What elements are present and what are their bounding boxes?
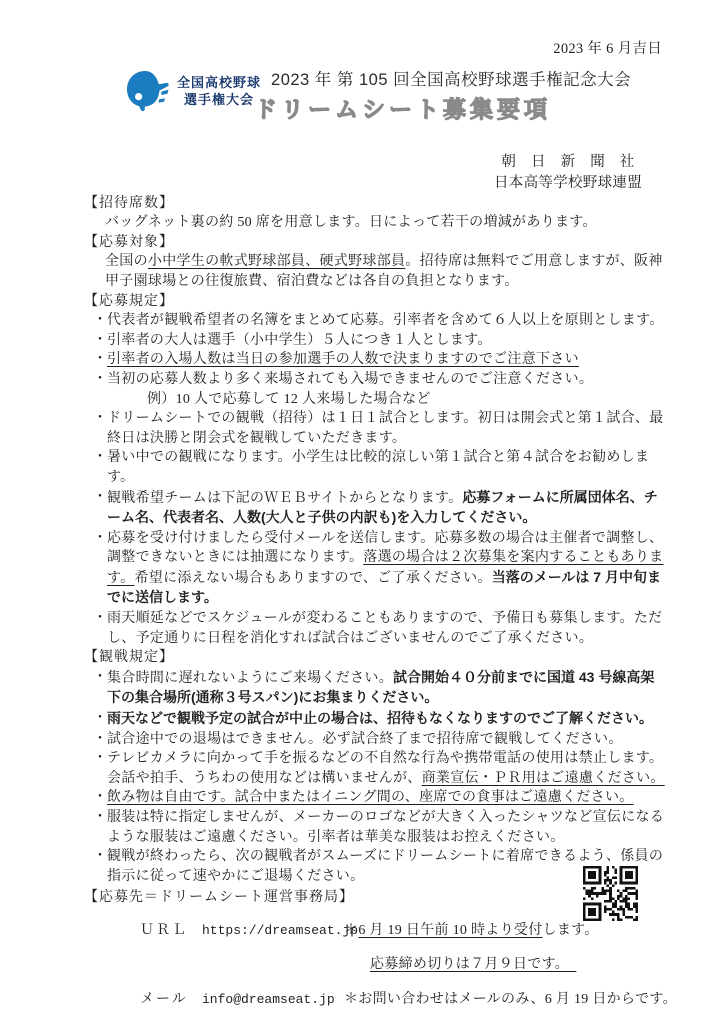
rule-item: テレビカメラに向かって手を振るなどの不自然な行為や携帯電話の使用は禁止します。会… bbox=[84, 749, 666, 788]
section-seats: 【招待席数】 バッグネット裏の約 50 席を用意します。日によって若干の増減があ… bbox=[84, 194, 666, 233]
document-subtitle: ドリームシート募集要項 bbox=[254, 94, 631, 124]
text-segment: 代表者が観戦希望者の名簿をまとめて応募。引率者を含めて６人以上を原則とします。 bbox=[107, 313, 664, 328]
organizer-asahi: 朝 日 新 聞 社 bbox=[494, 152, 642, 173]
section-target: 【応募対象】 全国の小中学生の軟式野球部員、硬式野球部員。招待席は無料でご用意し… bbox=[84, 233, 666, 292]
section-heading-viewing-rules: 【観戦規定】 bbox=[84, 648, 666, 668]
target-body: 全国の小中学生の軟式野球部員、硬式野球部員。招待席は無料でご用意しますが、阪神甲… bbox=[105, 252, 666, 291]
document-date: 2023 年 6 月吉日 bbox=[84, 40, 662, 60]
text-segment: 雨天順延などでスケジュールが変わることもありますので、予備日も募集します。ただし… bbox=[107, 611, 662, 646]
text-segment: 引率者の大人は選手（小中学生）５人につき１人とします。 bbox=[107, 333, 492, 348]
underlined-text-segment: 引率者の入場人数は当日の参加選手の人数で決まりますのでご注意下さい bbox=[107, 352, 579, 367]
rule-item: 観戦が終わったら、次の観戦者がスムーズにドリームシートに着席できるよう、係員の指… bbox=[84, 847, 666, 886]
seats-body: バッグネット裏の約 50 席を用意します。日によって若干の増減があります。 bbox=[105, 213, 666, 233]
text-segment: 当初の応募人数より多く来場されても入場できませんのでご注意ください。 bbox=[107, 372, 593, 387]
title-block: 2023 年 第 105 回全国高校野球選手権記念大会 ドリームシート募集要項 bbox=[271, 68, 631, 124]
text-segment: します。 bbox=[543, 923, 599, 938]
url-label: ＵＲＬ bbox=[140, 921, 202, 941]
url-note: ＊6 月 19 日午前 10 時より受付します。 bbox=[344, 921, 599, 941]
mail-note: ＊お問い合わせはメールのみ、6 月 19 日からです。 bbox=[344, 990, 677, 1010]
text-segment: 集合時間に遅れないようにご来場ください。 bbox=[107, 671, 393, 686]
section-heading-application-rules: 【応募規定】 bbox=[84, 292, 666, 312]
contact-mail-row: メール info@dreamseat.jp ＊お問い合わせはメールのみ、6 月 … bbox=[140, 990, 666, 1010]
organizer-jhbf: 日本高等学校野球連盟 bbox=[494, 173, 642, 194]
rule-item: 試合途中での退場はできません。必ず試合終了まで招待席で観戦してください。 bbox=[84, 730, 666, 750]
logo-text: 全国高校野球 選手権大会 bbox=[177, 74, 261, 108]
rule-item: 暑い中での観戦になります。小学生は比較的涼しい第１試合と第４試合をお勧めします。 bbox=[84, 448, 666, 487]
rule-item: 当初の応募人数より多く来場されても入場できませんのでご注意ください。 例）10 … bbox=[84, 370, 666, 409]
rule-item: 引率者の入場人数は当日の参加選手の人数で決まりますのでご注意下さい bbox=[84, 350, 666, 370]
rule-item: 雨天などで観戦予定の試合が中止の場合は、招待もなくなりますのでご了解ください。 bbox=[84, 709, 666, 730]
text-segment: 観戦希望チームは下記のＷＥＢサイトからとなります。 bbox=[107, 491, 462, 506]
asterisk-mark: ＊ bbox=[344, 923, 358, 938]
mail-label: メール bbox=[140, 990, 202, 1010]
rule-item: 服装は特に指定しませんが、メーカーのロゴなどが大きく入ったシャツなど宣伝になるよ… bbox=[84, 808, 666, 847]
underlined-text-segment: 応募締め切りは７月９日です。 bbox=[370, 957, 576, 972]
underlined-text-segment: 商業宣伝・ＰＲ用はご遠慮ください。 bbox=[422, 771, 665, 786]
viewing-rules-list: 集合時間に遅れないようにご来場ください。試合開始４０分前までに国道 43 号線高… bbox=[84, 668, 666, 887]
text-segment: 希望に添えない場合もありますので、ご了承ください。 bbox=[134, 571, 491, 586]
underlined-text-segment: 小中学生の軟式野球部員、硬式野球部員 bbox=[148, 254, 405, 269]
rule-item: 引率者の大人は選手（小中学生）５人につき１人とします。 bbox=[84, 331, 666, 351]
underlined-text-segment: 6 月 19 日午前 10 時より受付 bbox=[358, 923, 542, 938]
qr-code bbox=[583, 866, 638, 921]
section-heading-contact: 【応募先＝ドリームシート運営事務局】 bbox=[84, 888, 666, 908]
text-segment: ドリームシートでの観戦（招待）は１日１試合とします。初日は開会式と第１試合、最終… bbox=[107, 411, 664, 446]
deadline-note: 応募締め切りは７月９日です。 bbox=[370, 955, 666, 975]
text-segment: 暑い中での観戦になります。小学生は比較的涼しい第１試合と第４試合をお勧めします。 bbox=[107, 450, 649, 485]
rule-item: 集合時間に遅れないようにご来場ください。試合開始４０分前までに国道 43 号線高… bbox=[84, 668, 666, 709]
helmet-icon bbox=[124, 68, 171, 114]
text-segment: 全国の bbox=[105, 254, 148, 269]
rule-item: 雨天順延などでスケジュールが変わることもありますので、予備日も募集します。ただし… bbox=[84, 609, 666, 648]
text-segment: 観戦が終わったら、次の観戦者がスムーズにドリームシートに着席できるよう、係員の指… bbox=[107, 849, 663, 884]
logo-text-line2: 選手権大会 bbox=[177, 91, 261, 108]
application-rules-list: 代表者が観戦希望者の名簿をまとめて応募。引率者を含めて６人以上を原則とします。 … bbox=[84, 311, 666, 648]
document-page: 2023 年 6 月吉日 全国高校野球 選手権大会 2023 年 第 105 回… bbox=[0, 0, 724, 1024]
bold-text-segment: 雨天などで観戦予定の試合が中止の場合は、招待もなくなりますのでご了解ください。 bbox=[107, 710, 653, 726]
document-title: 2023 年 第 105 回全国高校野球選手権記念大会 bbox=[271, 68, 631, 92]
rule-item: 観戦希望チームは下記のＷＥＢサイトからとなります。応募フォームに所属団体名、チー… bbox=[84, 488, 666, 529]
organizers: 朝 日 新 聞 社 日本高等学校野球連盟 bbox=[494, 152, 642, 194]
document-header: 全国高校野球 選手権大会 2023 年 第 105 回全国高校野球選手権記念大会… bbox=[124, 68, 666, 124]
section-viewing-rules: 【観戦規定】 集合時間に遅れないようにご来場ください。試合開始４０分前までに国道… bbox=[84, 648, 666, 886]
text-segment: 服装は特に指定しませんが、メーカーのロゴなどが大きく入ったシャツなど宣伝になるよ… bbox=[107, 810, 664, 845]
text-segment: 試合途中での退場はできません。必ず試合終了まで招待席で観戦してください。 bbox=[107, 732, 623, 747]
section-heading-target: 【応募対象】 bbox=[84, 233, 666, 253]
mail-value: info@dreamseat.jp bbox=[202, 990, 344, 1010]
section-application-rules: 【応募規定】 代表者が観戦希望者の名簿をまとめて応募。引率者を含めて６人以上を原… bbox=[84, 292, 666, 649]
section-contact: 【応募先＝ドリームシート運営事務局】 ＵＲＬ https://dreamseat… bbox=[84, 888, 666, 1009]
rule-example: 例）10 人で応募して 12 人来場した場合など bbox=[147, 390, 666, 410]
tournament-logo: 全国高校野球 選手権大会 bbox=[124, 68, 261, 114]
contact-url-row: ＵＲＬ https://dreamseat.jp ＊6 月 19 日午前 10 … bbox=[140, 921, 666, 941]
rule-item: ドリームシートでの観戦（招待）は１日１試合とします。初日は開会式と第１試合、最終… bbox=[84, 409, 666, 448]
underlined-text-segment: 飲み物は自由です。試合中またはイニング間の、座席での食事はご遠慮ください。 bbox=[107, 790, 634, 805]
rule-item: 応募を受け付けましたら受付メールを送信します。応募多数の場合は主催者で調整し、調… bbox=[84, 529, 666, 609]
rule-item: 飲み物は自由です。試合中またはイニング間の、座席での食事はご遠慮ください。 bbox=[84, 788, 666, 808]
url-value: https://dreamseat.jp bbox=[202, 921, 344, 941]
logo-text-line1: 全国高校野球 bbox=[177, 74, 261, 91]
rule-item: 代表者が観戦希望者の名簿をまとめて応募。引率者を含めて６人以上を原則とします。 bbox=[84, 311, 666, 331]
section-heading-seats: 【招待席数】 bbox=[84, 194, 666, 214]
